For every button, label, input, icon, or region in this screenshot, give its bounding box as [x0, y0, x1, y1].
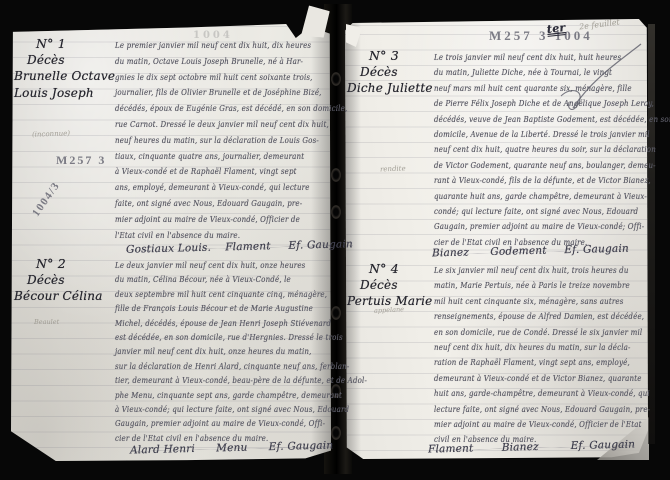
body-line: mier adjoint au maire de Vieux-condé, Of… [115, 212, 302, 228]
entry-1-body: Le premier janvier mil neuf cent dix hui… [115, 38, 335, 243]
margin-line: Diche Juliette [347, 80, 443, 96]
body-line: matin, Marie Pertuis, née à Paris le tre… [434, 278, 621, 293]
body-line: décédés, époux de Eugénie Gras, est décé… [115, 101, 302, 117]
body-line: Michel, décédés, épouse de Jean Henri Jo… [115, 316, 302, 330]
entry-2-body: Le deux janvier mil neuf cent dix huit, … [115, 258, 335, 445]
margin-line: Louis Joseph [14, 85, 110, 101]
body-line: Le six janvier mil neuf cent dix huit, t… [434, 263, 621, 278]
pencil-annotation: Beaulet [34, 318, 59, 326]
entry-3-margin: N° 3DécèsDiche Juliette [347, 48, 443, 97]
margin-line: Décès [360, 277, 443, 293]
body-line: mil huit cent cinquante six, ménagère, s… [434, 294, 621, 309]
body-line: Le premier janvier mil neuf cent dix hui… [115, 38, 302, 54]
pencil-annotation: (inconnue) [32, 129, 70, 138]
body-line: faite, ont signé avec Nous, Edouard Gaug… [115, 196, 302, 212]
entry-4-body: Le six janvier mil neuf cent dix huit, t… [434, 263, 654, 448]
body-line: neuf mars mil huit cent quarante six, mé… [434, 81, 621, 96]
entry-3-body: Le trois janvier mil neuf cent dix huit,… [434, 50, 654, 250]
body-line: tiaux, cinquante quatre ans, journalier,… [115, 149, 302, 165]
body-line: demeurant à Vieux-condé et de Victor Bia… [434, 371, 621, 386]
body-line: du matin, Célina Bécour, née à Vieux-Con… [115, 272, 302, 286]
body-line: mier adjoint au maire de Vieux-condé, Of… [434, 417, 621, 432]
body-line: Le deux janvier mil neuf cent dix huit, … [115, 258, 302, 272]
body-line: ration de Raphaël Flament, vingt sept an… [434, 355, 621, 370]
body-line: neuf heures du matin, sur la déclaration… [115, 133, 302, 149]
margin-line: Pertuis Marie [347, 293, 443, 309]
body-line: quarante huit ans, garde champêtre, deme… [434, 189, 621, 204]
body-line: neuf cent dix huit, quatre heures du soi… [434, 142, 621, 157]
margin-line: N° 2 [36, 256, 110, 272]
margin-line: Décès [360, 64, 443, 80]
body-line: de Victor Godement, quarante neuf ans, b… [434, 158, 621, 173]
body-line: renseignements, épouse de Alfred Damien,… [434, 309, 621, 324]
body-line: huit ans, garde-champêtre, demeurant à V… [434, 386, 621, 401]
body-line: Gaugain, premier adjoint au maire de Vie… [115, 416, 302, 430]
pencil-annotation: rendite [380, 165, 406, 174]
body-line: à Vieux-condé; qui lecture faite, ont si… [115, 402, 302, 416]
body-line: deux septembre mil huit cent cinquante c… [115, 287, 302, 301]
entry-4-margin: N° 4DécèsPertuis Marie [347, 261, 443, 310]
register-scan: 1004 M257 3 1004 ter 2e feuillet M257 3 … [0, 0, 670, 480]
margin-line: N° 4 [369, 261, 443, 277]
margin-line: N° 3 [369, 48, 443, 64]
body-line: fille de François Louis Bécour et de Mar… [115, 301, 302, 315]
body-line: du matin, Juliette Diche, née à Tournai,… [434, 65, 621, 80]
body-line: sur la déclaration de Henri Alard, cinqu… [115, 359, 302, 373]
body-line: tier, demeurant à Vieux-condé, beau-père… [115, 373, 302, 387]
margin-line: Bécour Célina [14, 288, 110, 304]
body-line: Gaugain, premier adjoint au maire de Vie… [434, 219, 621, 234]
body-line: de Pierre Félix Joseph Diche et de Angél… [434, 96, 621, 111]
margin-line: Brunelle Octave [14, 68, 110, 84]
body-line: du matin, Octave Louis Joseph Brunelle, … [115, 54, 302, 70]
body-line: journalier, fils de Olivier Brunelle et … [115, 85, 302, 101]
entry-2-margin: N° 2DécèsBécour Célina [14, 256, 110, 305]
body-line: domicile, Avenue de la Liberté. Dressé l… [434, 127, 621, 142]
body-line: Le trois janvier mil neuf cent dix huit,… [434, 50, 621, 65]
body-line: décédés, veuve de Jean Baptiste Godement… [434, 112, 621, 127]
body-line: est décédée, en son domicile, rue d'Herg… [115, 330, 302, 344]
body-line: en son domicile, rue de Condé. Dressé le… [434, 325, 621, 340]
body-line: lecture faite, ont signé avec Nous, Edou… [434, 402, 621, 417]
body-line: condé; qui lecture faite, ont signé avec… [434, 204, 621, 219]
body-line: janvier mil neuf cent dix huit, onze heu… [115, 344, 302, 358]
body-line: rue Carnot. Dressé le deux janvier mil n… [115, 117, 302, 133]
margin-line: Décès [27, 52, 110, 68]
body-line: gnies le dix sept octobre mil huit cent … [115, 70, 302, 86]
entry-1-margin: N° 1DécèsBrunelle OctaveLouis Joseph [14, 36, 110, 101]
handwritten-ter: ter [546, 22, 566, 37]
body-line: phe Menu, cinquante sept ans, garde cham… [115, 388, 302, 402]
margin-line: Décès [27, 272, 110, 288]
body-line: rant à Vieux-condé, fils de la défunte, … [434, 173, 621, 188]
body-line: à Vieux-condé et de Raphaël Flament, vin… [115, 164, 302, 180]
body-line: neuf cent dix huit, dix heures du matin,… [434, 340, 621, 355]
body-line: ans, employé, demeurant à Vieux-condé, q… [115, 180, 302, 196]
margin-line: N° 1 [36, 36, 110, 52]
archive-stamp: M257 3 [56, 153, 106, 168]
